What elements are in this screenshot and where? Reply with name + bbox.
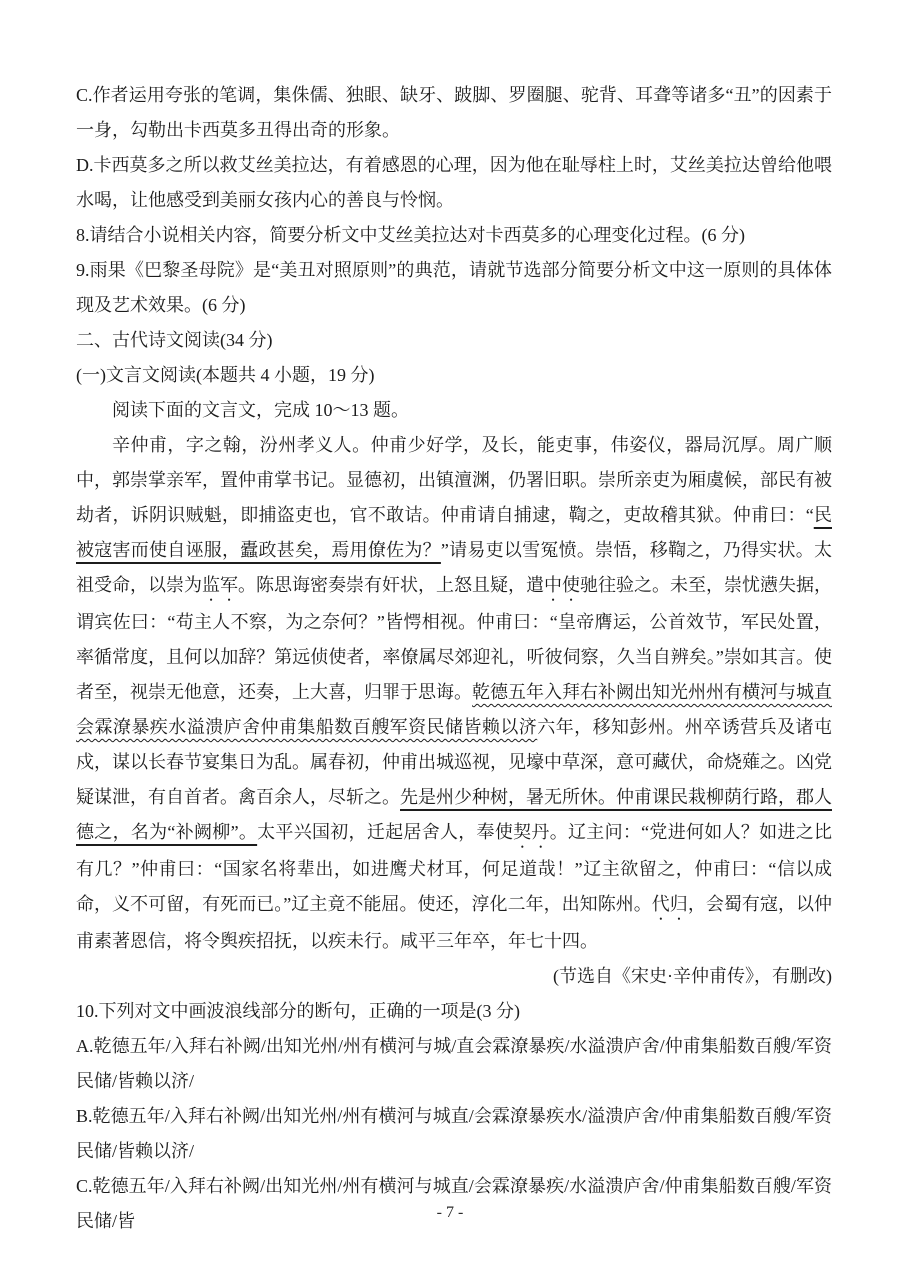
question-10-option-a-text: A.乾德五年/入拜右补阙/出知光州/州有横河与城/直会霖潦暴疾/水溢溃庐舍/仲甫… <box>76 1036 832 1091</box>
classical-passage-text: 太平兴国初，迁起居舍人，奉使 <box>257 822 513 842</box>
classical-passage-emphasized-term: 中使 <box>544 575 580 595</box>
question-10-text: 10.下列对文中画波浪线部分的断句，正确的一项是(3 分) <box>76 1001 520 1021</box>
question-8: 8.请结合小说相关内容，简要分析文中艾丝美拉达对卡西莫多的心理变化过程。(6 分… <box>76 218 832 253</box>
reading-instruction-text: 阅读下面的文言文，完成 10～13 题。 <box>112 400 409 420</box>
section-2-1-heading: (一)文言文阅读(本题共 4 小题，19 分) <box>76 358 832 393</box>
classical-passage-emphasized-term: 代归 <box>652 894 688 914</box>
section-2-heading: 二、古代诗文阅读(34 分) <box>76 323 832 358</box>
question-10-option-b: B.乾德五年/入拜右补阙/出知光州/州有横河与城直/会霖潦暴疾水/溢溃庐舍/仲甫… <box>76 1099 832 1169</box>
question-7-option-c: C.作者运用夸张的笔调，集侏儒、独眼、缺牙、跛脚、罗圈腿、驼背、耳聋等诸多“丑”… <box>76 78 832 148</box>
classical-passage-text: 。陈思诲密奏崇有奸状，上怒且疑，遣 <box>238 575 544 595</box>
question-7-option-d: D.卡西莫多之所以救艾丝美拉达，有着感恩的心理，因为他在耻辱柱上时，艾丝美拉达曾… <box>76 148 832 218</box>
classical-passage: 辛仲甫，字之翰，汾州孝义人。仲甫少好学，及长，能吏事，伟姿仪，器局沉厚。周广顺中… <box>76 428 832 959</box>
classical-passage-text: 辛仲甫，字之翰，汾州孝义人。仲甫少好学，及长，能吏事，伟姿仪，器局沉厚。周广顺中… <box>76 435 832 525</box>
question-8-text: 8.请结合小说相关内容，简要分析文中艾丝美拉达对卡西莫多的心理变化过程。(6 分… <box>76 225 745 245</box>
question-10: 10.下列对文中画波浪线部分的断句，正确的一项是(3 分) <box>76 994 832 1029</box>
classical-passage-emphasized-term: 监军 <box>202 575 238 595</box>
question-7-option-c-text: C.作者运用夸张的笔调，集侏儒、独眼、缺牙、跛脚、罗圈腿、驼背、耳聋等诸多“丑”… <box>76 85 832 140</box>
question-9: 9.雨果《巴黎圣母院》是“美丑对照原则”的典范，请就节选部分简要分析文中这一原则… <box>76 253 832 323</box>
question-9-text: 9.雨果《巴黎圣母院》是“美丑对照原则”的典范，请就节选部分简要分析文中这一原则… <box>76 260 832 315</box>
question-7-option-d-text: D.卡西莫多之所以救艾丝美拉达，有着感恩的心理，因为他在耻辱柱上时，艾丝美拉达曾… <box>76 155 832 210</box>
document-body: C.作者运用夸张的笔调，集侏儒、独眼、缺牙、跛脚、罗圈腿、驼背、耳聋等诸多“丑”… <box>0 0 900 1239</box>
source-attribution-text: (节选自《宋史·辛仲甫传》，有删改) <box>553 966 832 986</box>
section-2-1-heading-text: (一)文言文阅读(本题共 4 小题，19 分) <box>76 365 374 385</box>
question-10-option-a: A.乾德五年/入拜右补阙/出知光州/州有横河与城/直会霖潦暴疾/水溢溃庐舍/仲甫… <box>76 1029 832 1099</box>
reading-instruction: 阅读下面的文言文，完成 10～13 题。 <box>76 393 832 428</box>
classical-passage-emphasized-term: 契丹 <box>513 822 550 842</box>
exam-document-page: C.作者运用夸张的笔调，集侏儒、独眼、缺牙、跛脚、罗圈腿、驼背、耳聋等诸多“丑”… <box>0 0 900 1272</box>
question-10-option-b-text: B.乾德五年/入拜右补阙/出知光州/州有横河与城直/会霖潦暴疾水/溢溃庐舍/仲甫… <box>76 1106 832 1161</box>
page-number: - 7 - <box>0 1195 900 1230</box>
source-attribution: (节选自《宋史·辛仲甫传》，有删改) <box>76 959 832 994</box>
section-2-heading-text: 二、古代诗文阅读(34 分) <box>76 330 273 350</box>
